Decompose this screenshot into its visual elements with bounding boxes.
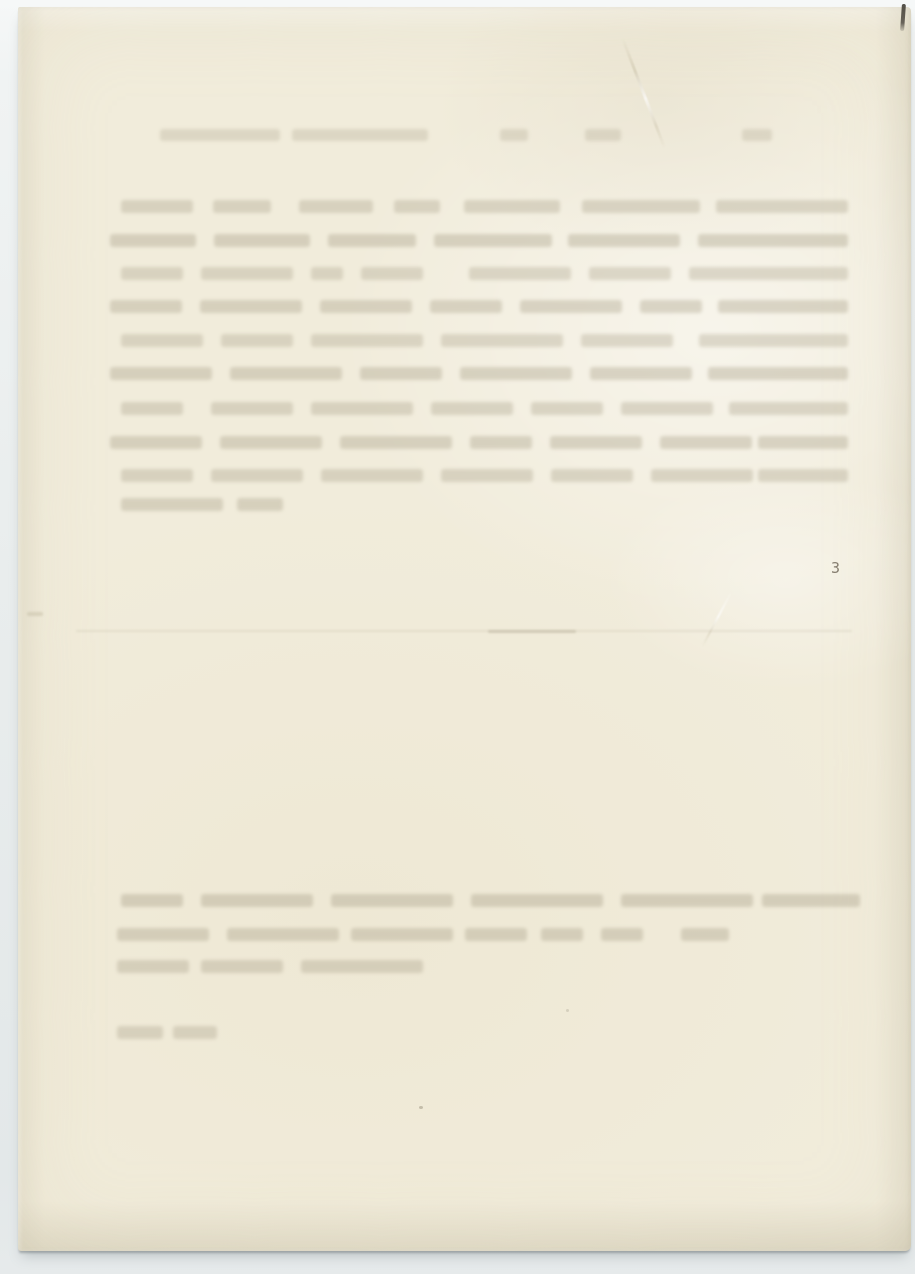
smudge-word-cluster [351, 928, 453, 941]
smudge-word-cluster [211, 402, 293, 415]
smudge-word-cluster [582, 200, 700, 213]
smudge-word-cluster [213, 200, 271, 213]
smudge-word-cluster [585, 129, 621, 141]
smudge-word-cluster [361, 267, 423, 280]
smudge-word-cluster [708, 367, 848, 380]
smudge-word-cluster [716, 200, 848, 213]
smudge-word-cluster [160, 129, 280, 141]
body-paragraph [0, 0, 915, 1274]
smudge-word-cluster [117, 1026, 163, 1039]
smudge-word-cluster [110, 436, 202, 449]
smudge-word-cluster [394, 200, 440, 213]
scanned-document-canvas: 3 [0, 0, 915, 1274]
smudge-word-cluster [758, 469, 848, 482]
smudge-word-cluster [689, 267, 848, 280]
smudge-word-cluster [110, 234, 196, 247]
smudge-word-cluster [660, 436, 752, 449]
smudge-word-cluster [110, 367, 212, 380]
smudge-line [0, 300, 915, 313]
smudge-line [0, 630, 915, 633]
smudge-word-cluster [441, 469, 533, 482]
smudge-word-cluster [601, 928, 643, 941]
smudge-word-cluster [110, 300, 182, 313]
smudge-word-cluster [758, 436, 848, 449]
smudge-word-cluster [640, 300, 702, 313]
smudge-word-cluster [541, 928, 583, 941]
faint-page-number: 3 [831, 561, 840, 576]
smudge-word-cluster [651, 469, 753, 482]
smudge-word-cluster [211, 469, 303, 482]
smudge-word-cluster [520, 300, 622, 313]
smudge-word-cluster [121, 469, 193, 482]
smudge-line [0, 334, 915, 347]
smudge-word-cluster [718, 300, 848, 313]
smudge-word-cluster [360, 367, 442, 380]
smudge-word-cluster [469, 267, 571, 280]
smudge-line [0, 469, 915, 482]
smudge-word-cluster [321, 469, 423, 482]
smudge-word-cluster [464, 200, 560, 213]
smudge-word-cluster [500, 129, 528, 141]
smudge-word-cluster [550, 436, 642, 449]
smudge-line [0, 498, 915, 511]
smudge-word-cluster [434, 234, 552, 247]
smudge-line [0, 630, 915, 632]
smudge-word-cluster [200, 300, 302, 313]
smudge-line [0, 367, 915, 380]
smudge-word-cluster [121, 894, 183, 907]
smudge-word-cluster [121, 267, 183, 280]
smudge-word-cluster [311, 402, 413, 415]
smudge-word-cluster [117, 960, 189, 973]
smudge-line [0, 894, 915, 907]
smudge-word-cluster [621, 894, 753, 907]
smudge-word-cluster [621, 402, 713, 415]
smudge-word-cluster [681, 928, 729, 941]
smudge-word-cluster [471, 894, 603, 907]
smudge-word-cluster [699, 334, 848, 347]
smudge-word-cluster [742, 129, 772, 141]
smudge-word-cluster [431, 402, 513, 415]
smudge-word-cluster [460, 367, 572, 380]
smudge-line [0, 402, 915, 415]
smudge-word-cluster [698, 234, 848, 247]
smudge-word-cluster [590, 367, 692, 380]
smudge-word-cluster [121, 498, 223, 511]
smudge-word-cluster [221, 334, 293, 347]
smudge-word-cluster [301, 960, 423, 973]
smudge-word-cluster [311, 334, 423, 347]
smudge-word-cluster [568, 234, 680, 247]
smudge-line [0, 200, 915, 213]
smudge-word-cluster [320, 300, 412, 313]
smudge-word-cluster [488, 630, 576, 633]
smudge-word-cluster [121, 402, 183, 415]
smudge-word-cluster [441, 334, 563, 347]
smudge-word-cluster [220, 436, 322, 449]
smudge-word-cluster [201, 267, 293, 280]
smudge-word-cluster [201, 894, 313, 907]
smudge-word-cluster [430, 300, 502, 313]
smudge-word-cluster [76, 630, 852, 632]
smudge-word-cluster [531, 402, 603, 415]
smudge-word-cluster [729, 402, 848, 415]
smudge-line [0, 129, 915, 141]
smudge-word-cluster [230, 367, 342, 380]
smudge-word-cluster [465, 928, 527, 941]
smudge-word-cluster [340, 436, 452, 449]
smudge-word-cluster [237, 498, 283, 511]
smudge-word-cluster [328, 234, 416, 247]
smudge-line [0, 234, 915, 247]
typed-rule [0, 0, 915, 1274]
smudge-word-cluster [762, 894, 860, 907]
smudge-word-cluster [121, 200, 193, 213]
smudge-word-cluster [331, 894, 453, 907]
smudge-word-cluster [470, 436, 532, 449]
smudge-word-cluster [589, 267, 671, 280]
smudge-word-cluster [117, 928, 209, 941]
smudge-text-layer [0, 0, 915, 1274]
smudge-line [0, 1026, 915, 1039]
smudge-word-cluster [292, 129, 428, 141]
smudge-line [0, 960, 915, 973]
smudge-word-cluster [299, 200, 373, 213]
smudge-word-cluster [121, 334, 203, 347]
smudge-word-cluster [227, 928, 339, 941]
footer-block [0, 0, 915, 1274]
smudge-word-cluster [214, 234, 310, 247]
smudge-line [0, 928, 915, 941]
closing-line [0, 0, 915, 1274]
smudge-word-cluster [311, 267, 343, 280]
smudge-word-cluster [201, 960, 283, 973]
smudge-line [0, 436, 915, 449]
header-line [0, 0, 915, 1274]
smudge-word-cluster [551, 469, 633, 482]
smudge-line [0, 267, 915, 280]
smudge-word-cluster [581, 334, 673, 347]
smudge-word-cluster [173, 1026, 217, 1039]
